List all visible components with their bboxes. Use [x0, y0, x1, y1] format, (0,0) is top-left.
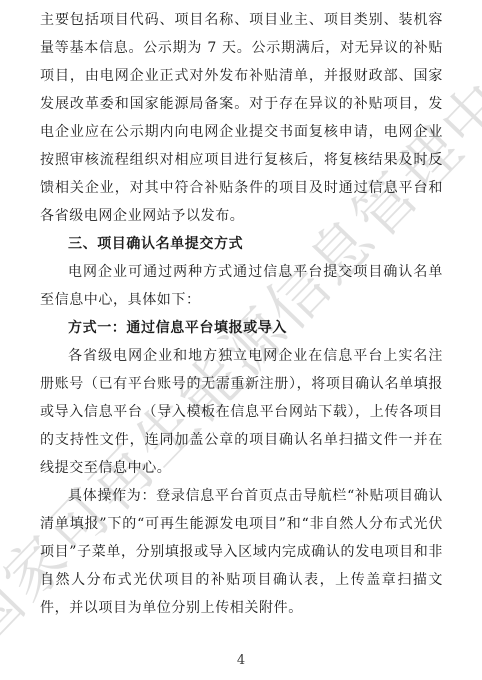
paragraph: 三、项目确认名单提交方式 [40, 230, 443, 258]
paragraph: 电网企业可通过两种方式通过信息平台提交项目确认名单至信息中心，具体如下： [40, 258, 443, 314]
paragraph: 方式一：通过信息平台填报或导入 [40, 314, 443, 342]
document-body: 主要包括项目代码、项目名称、项目业主、项目类别、装机容量等基本信息。公示期为 7… [40, 6, 443, 622]
paragraph: 主要包括项目代码、项目名称、项目业主、项目类别、装机容量等基本信息。公示期为 7… [40, 6, 443, 230]
paragraph: 各省级电网企业和地方独立电网企业在信息平台上实名注册账号（已有平台账号的无需重新… [40, 342, 443, 482]
page-number: 4 [0, 653, 482, 668]
paragraph: 具体操作为：登录信息平台首页点击导航栏“补贴项目确认清单填报”下的“可再生能源发… [40, 482, 443, 622]
document-page: 国家可再生能源信息管理中心 主要包括项目代码、项目名称、项目业主、项目类别、装机… [0, 0, 482, 680]
